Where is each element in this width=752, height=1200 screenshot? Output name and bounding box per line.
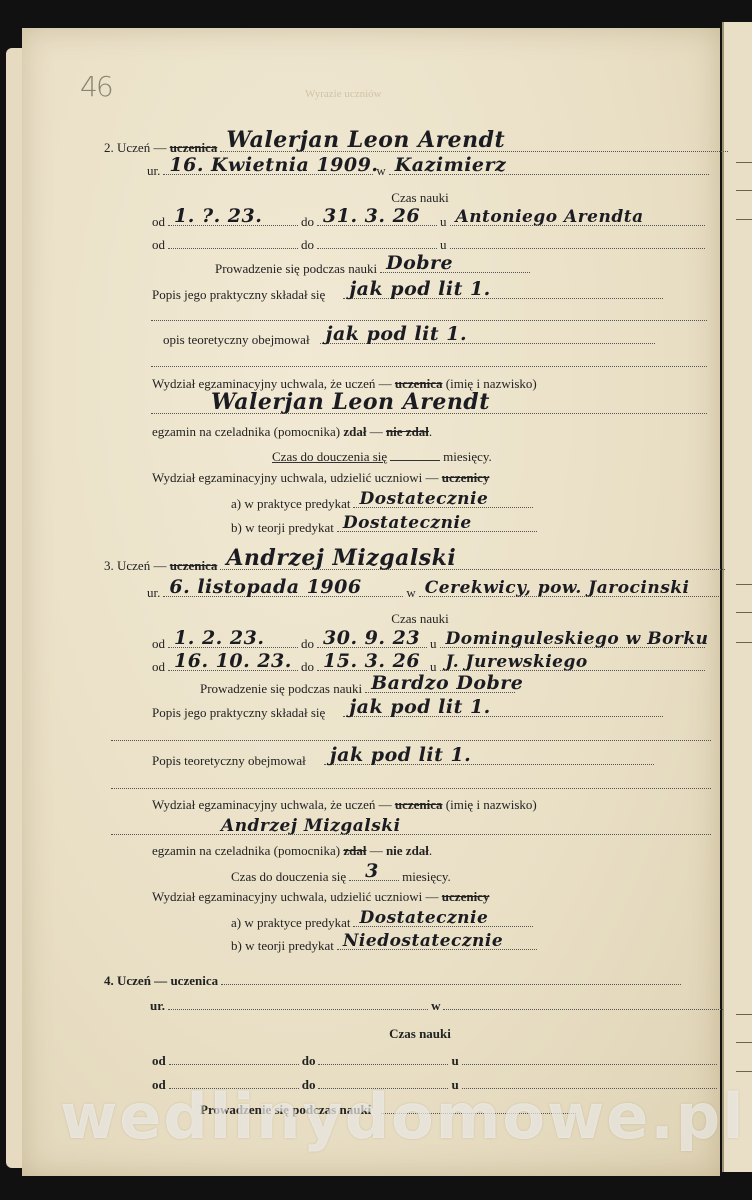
label-exam: egzamin na czeladnika (pomocnika) (152, 424, 340, 440)
conduct-value: Dobre (386, 252, 453, 274)
period-to: 30. 9. 23 (323, 627, 420, 649)
label-conduct: Prowadzenie się podczas nauki (200, 681, 362, 697)
entry-number: 3. (104, 558, 114, 574)
label-u: u (440, 237, 447, 253)
label-ur: ur. (150, 998, 165, 1014)
dash: — (370, 843, 383, 859)
label-do: do (301, 214, 314, 230)
label-grade-resolution: Wydział egzaminacyjny uchwala, udzielić … (152, 470, 439, 486)
label-uczen: Uczeń — (117, 140, 166, 156)
grade-practice: Dostatecznie (359, 489, 488, 509)
birth-date: 6. listopada 1906 (169, 576, 361, 598)
label-grade-practice: a) w praktyce predykat (231, 496, 350, 512)
label-od: od (152, 1053, 166, 1069)
birth-place-blank (443, 995, 723, 1010)
conduct-value: Bardzo Dobre (371, 672, 523, 694)
label-uczenicy-struck: uczenicy (442, 470, 490, 486)
label-months: miesięcy. (402, 869, 451, 885)
facing-page: 5. 6. (722, 22, 752, 1172)
label-grade-resolution: Wydział egzaminacyjny uchwala, udzielić … (152, 889, 439, 905)
practical-value: jak pod lit 1. (349, 278, 490, 300)
result-failed: nie zdał (386, 843, 429, 859)
months-remaining: 3 (365, 860, 379, 882)
label-grade-theory: b) w teorji predykat (231, 520, 334, 536)
grade-theory: Niedostatecznie (343, 931, 503, 951)
label-grade-theory: b) w teorji predykat (231, 938, 334, 954)
resolution-name: Walerjan Leon Arendt (211, 389, 490, 415)
label-od: od (152, 659, 165, 675)
label-od: od (152, 214, 165, 230)
grade-theory: Dostatecznie (343, 513, 472, 533)
student-name-blank (221, 970, 681, 985)
watermark: wedlinydomowe.pl (60, 1080, 700, 1153)
label-uczenica-struck: uczenica (395, 797, 443, 813)
label-u: u (451, 1053, 458, 1069)
entry-number: 2. (104, 140, 114, 156)
student-name: Walerjan Leon Arendt (226, 127, 505, 153)
theoretical-value: jak pod lit 1. (326, 323, 467, 345)
birth-place: Cerekwicy, pow. Jarocinski (425, 578, 690, 598)
resolution-name: Andrzej Mizgalski (221, 816, 401, 836)
label-w: w (406, 585, 415, 601)
label-uczenica-struck: uczenica (170, 558, 218, 574)
period-from: 1. 2. 23. (174, 627, 264, 649)
label-theoretical: opis teoretyczny obejmował (163, 332, 310, 348)
birth-date: 16. Kwietnia 1909. (169, 154, 378, 176)
label-uczenica: uczenica (170, 973, 218, 989)
label-do: do (301, 659, 314, 675)
section-czas-nauki: Czas nauki (389, 1026, 451, 1042)
period-to: 15. 3. 26 (323, 650, 420, 672)
label-od: od (152, 237, 165, 253)
label-uczenicy-struck: uczenicy (442, 889, 490, 905)
period-to: 31. 3. 26 (323, 205, 420, 227)
label-months: miesięcy. (443, 449, 492, 465)
entry-number: 4. (104, 973, 114, 989)
grade-practice: Dostatecznie (359, 908, 488, 928)
period-master: Antoniego Arendta (456, 207, 644, 227)
dash: — (370, 424, 383, 440)
birth-place: Kazimierz (395, 154, 507, 176)
period-master: J. Jurewskiego (446, 652, 588, 672)
label-theoretical: Popis teoretyczny obejmował (152, 753, 306, 769)
birth-date-blank (168, 995, 428, 1010)
section-czas-nauki: Czas nauki (391, 190, 448, 206)
label-ur: ur. (147, 585, 160, 601)
practical-value: jak pod lit 1. (349, 696, 490, 718)
label-conduct: Prowadzenie się podczas nauki (215, 261, 377, 277)
label-resolution: Wydział egzaminacyjny uchwala, że uczeń … (152, 797, 392, 813)
period-from: 1. ?. 23. (174, 205, 262, 227)
label-remaining: Czas do douczenia się (231, 869, 346, 885)
label-od: od (152, 636, 165, 652)
label-w: w (431, 998, 440, 1014)
label-u: u (430, 636, 437, 652)
pencil-page-number: 46 (80, 70, 112, 103)
label-uczen: Uczeń — (117, 973, 167, 989)
label-exam: egzamin na czeladnika (pomocnika) (152, 843, 340, 859)
period-master: Dominguleskiego w Borku (446, 629, 709, 649)
label-name-hint: (imię i nazwisko) (446, 797, 537, 813)
theoretical-value: jak pod lit 1. (330, 744, 471, 766)
section-czas-nauki: Czas nauki (391, 611, 448, 627)
result-passed-struck: zdał (343, 843, 366, 859)
label-do: do (301, 237, 314, 253)
bleed-through-header: Wyrazie uczniów (305, 88, 382, 100)
period-from: 16. 10. 23. (174, 650, 292, 672)
label-practical: Popis jego praktyczny składał się (152, 287, 325, 303)
label-uczen: Uczeń — (117, 558, 166, 574)
label-u: u (440, 214, 447, 230)
result-failed-struck: nie zdał (386, 424, 429, 440)
result-passed: zdał (343, 424, 366, 440)
label-grade-practice: a) w praktyce predykat (231, 915, 350, 931)
label-practical: Popis jego praktyczny składał się (152, 705, 325, 721)
label-ur: ur. (147, 163, 160, 179)
label-remaining-struck: Czas do douczenia się (272, 449, 387, 465)
label-do: do (301, 636, 314, 652)
label-do: do (302, 1053, 316, 1069)
student-name: Andrzej Mizgalski (226, 545, 456, 571)
